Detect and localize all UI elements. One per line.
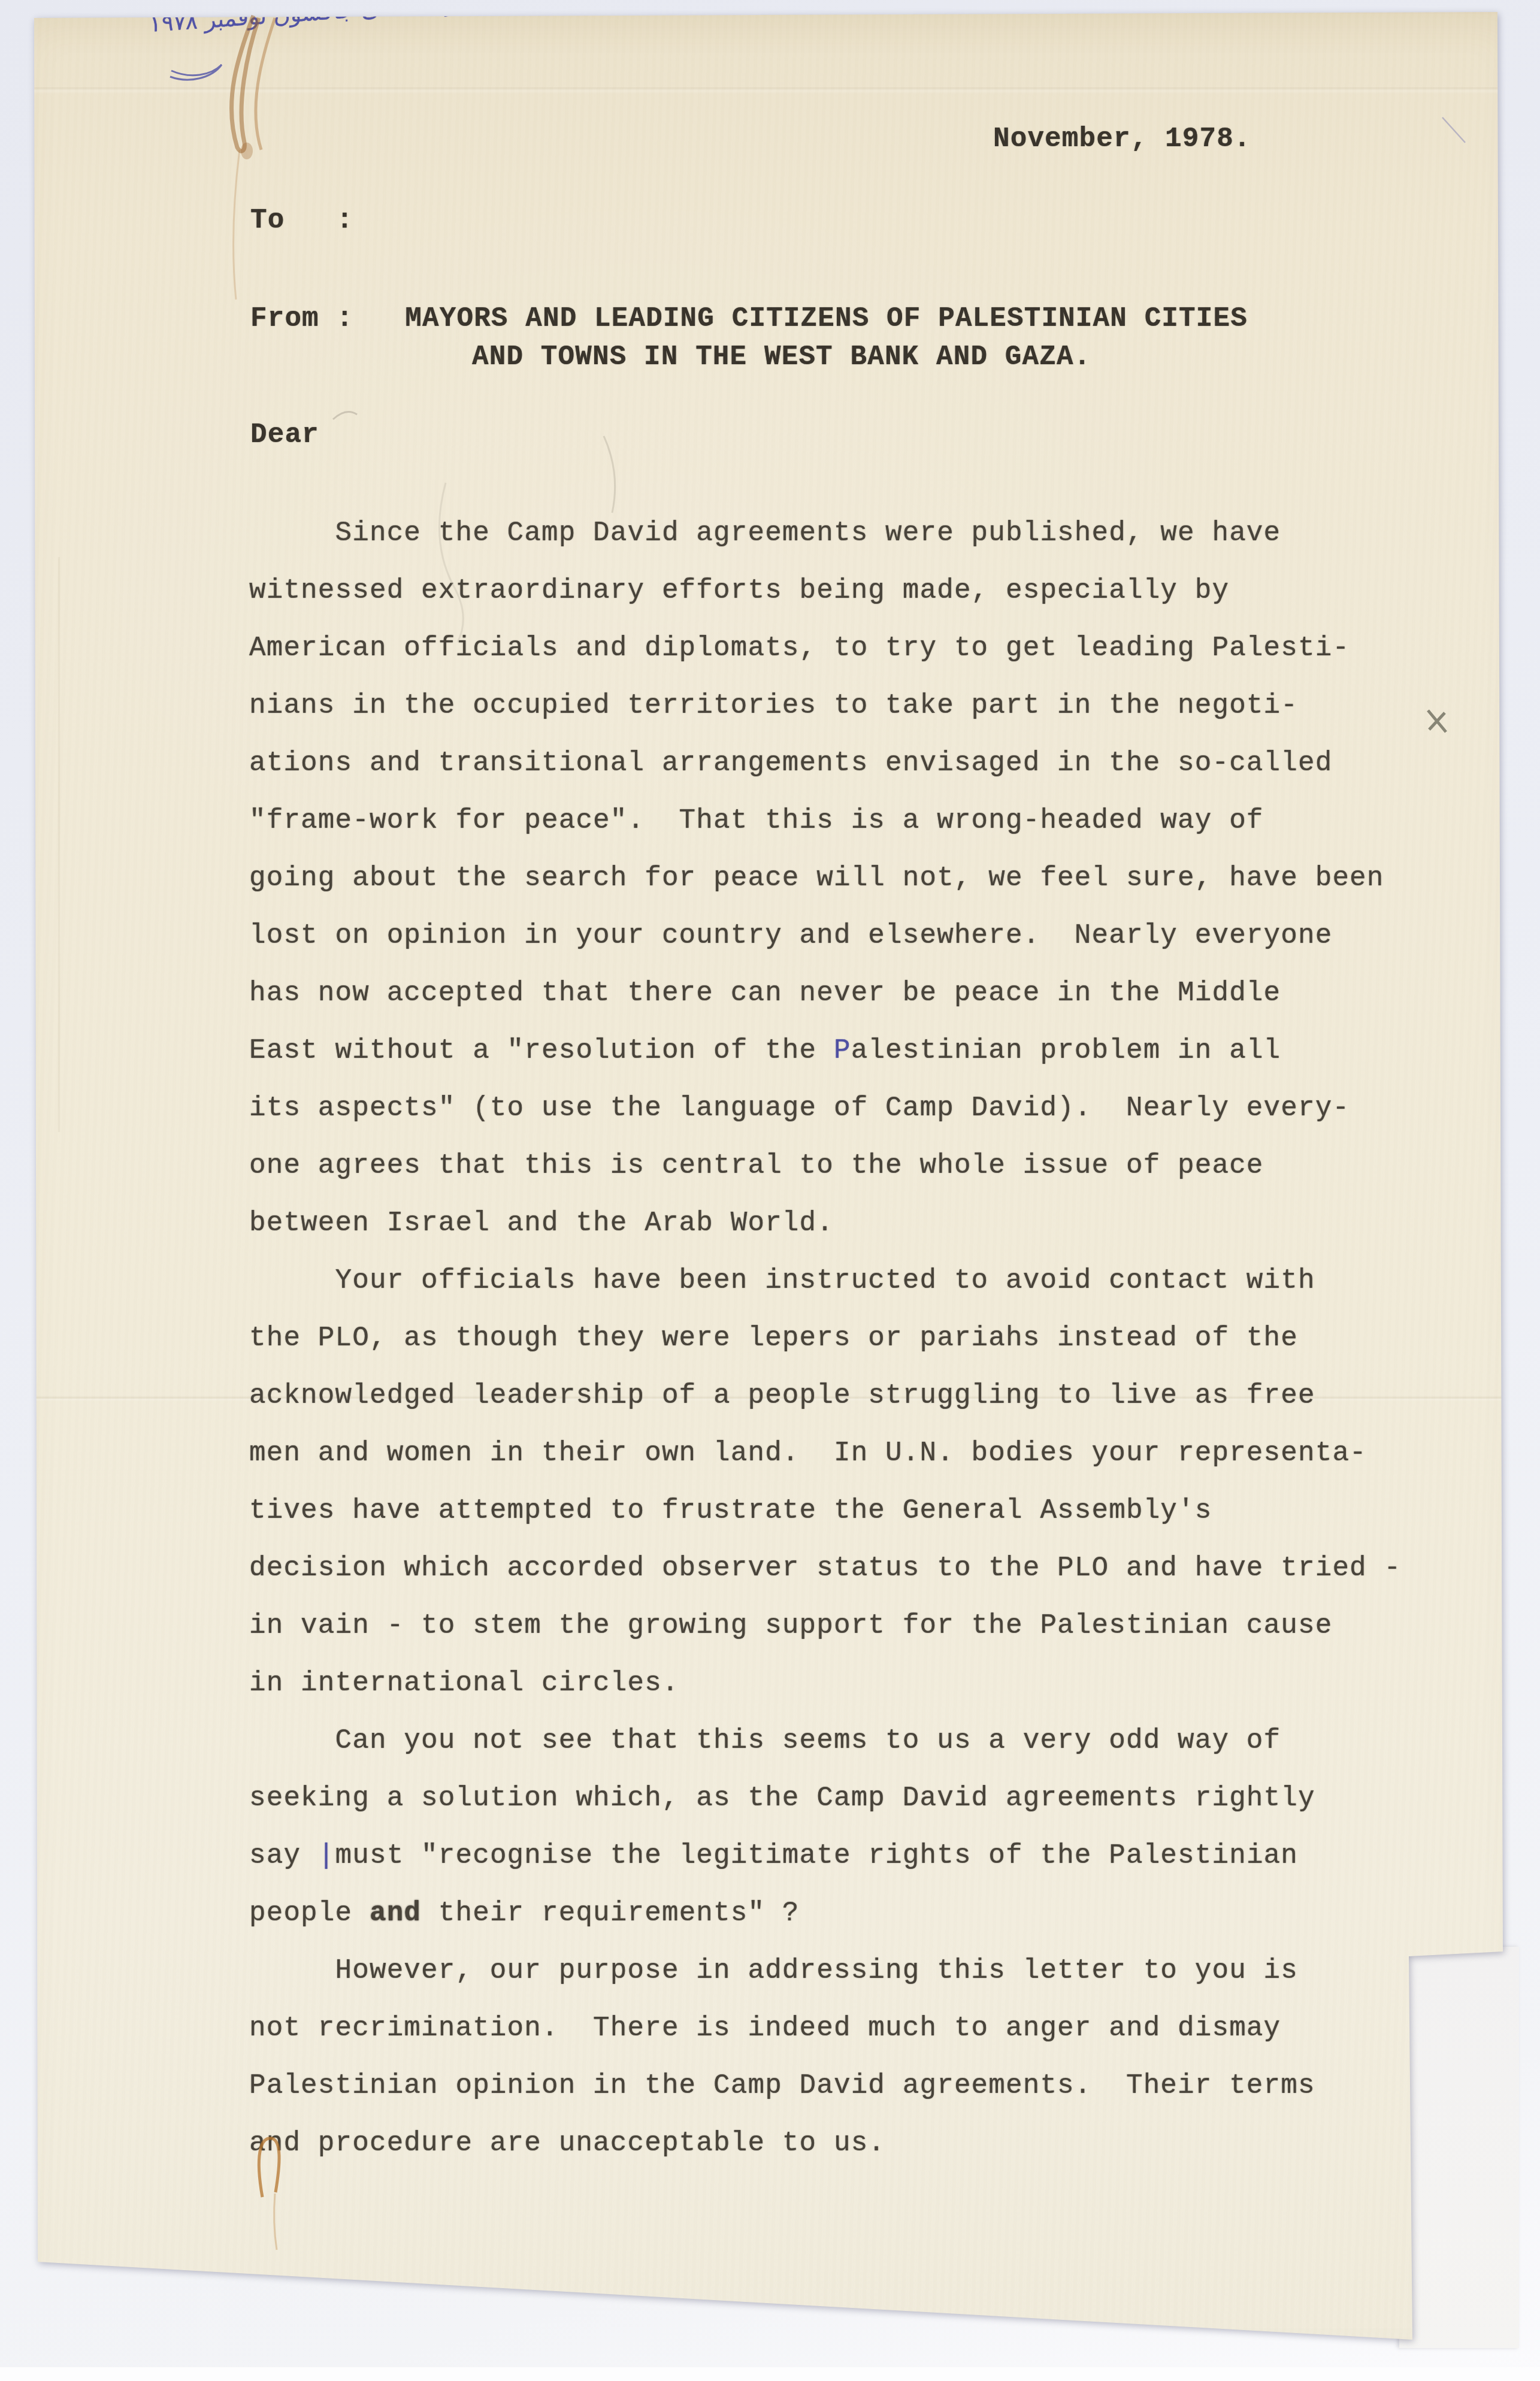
letter-line: in vain - to stem the growing support fo… (249, 1597, 1401, 1654)
date-line: November, 1978. (993, 123, 1251, 155)
letter-line: "frame-work for peace". That this is a w… (249, 792, 1401, 849)
handwritten-arabic-note: لهم جواب رساله الى جاكسون نوفمبر ١٩٧٨ (149, 0, 558, 37)
letter-line: its aspects" (to use the language of Cam… (249, 1079, 1401, 1137)
letter-line: acknowledged leadership of a people stru… (249, 1367, 1401, 1424)
letter-line: Palestinian opinion in the Camp David ag… (249, 2057, 1401, 2114)
scan-bottom-band (0, 2367, 1540, 2381)
vertical-crease (58, 557, 60, 1132)
letter-line: people and their requirements" ? (249, 1884, 1401, 1942)
letter-line: has now accepted that there can never be… (249, 964, 1401, 1022)
blue-ink-correction: P (834, 1035, 851, 1066)
letter-line: one agrees that this is central to the w… (249, 1137, 1401, 1194)
letter-line: American officials and diplomats, to try… (249, 619, 1401, 677)
letter-line: Your officials have been instructed to a… (249, 1252, 1401, 1309)
letter-line: East without a "resolution of the Palest… (249, 1022, 1401, 1079)
letter-line: going about the search for peace will no… (249, 849, 1401, 907)
from-line-1: From : MAYORS AND LEADING CITIZENS OF PA… (250, 303, 1248, 334)
to-label: To : (250, 205, 353, 236)
scanned-letter-canvas: لهم جواب رساله الى جاكسون نوفمبر ١٩٧٨ No… (0, 0, 1540, 2381)
letter-line: the PLO, as though they were lepers or p… (249, 1309, 1401, 1367)
letter-line: Since the Camp David agreements were pub… (249, 504, 1401, 562)
letter-line: in international circles. (249, 1654, 1401, 1712)
blue-ink-correction: | (318, 1840, 335, 1871)
letter-line: men and women in their own land. In U.N.… (249, 1424, 1401, 1482)
letter-line: ations and transitional arrangements env… (249, 734, 1401, 792)
letter-line: not recrimination. There is indeed much … (249, 1999, 1401, 2057)
salutation: Dear (250, 419, 319, 450)
letter-line: between Israel and the Arab World. (249, 1194, 1401, 1252)
letter-line: decision which accorded observer status … (249, 1539, 1401, 1597)
paper-shadow-wrap: لهم جواب رساله الى جاكسون نوفمبر ١٩٧٨ No… (0, 0, 1540, 2381)
letter-line: Can you not see that this seems to us a … (249, 1712, 1401, 1769)
letter-line: nians in the occupied territories to tak… (249, 677, 1401, 734)
overstruck-word: and (370, 1898, 421, 1929)
letter-line: tives have attempted to frustrate the Ge… (249, 1482, 1401, 1539)
letter-line: seeking a solution which, as the Camp Da… (249, 1769, 1401, 1827)
top-crease (0, 87, 1540, 94)
letter-line: witnessed extraordinary efforts being ma… (249, 562, 1401, 619)
letter-line: say |must "recognise the legitimate righ… (249, 1827, 1401, 1884)
letter-page: لهم جواب رساله الى جاكسون نوفمبر ١٩٧٨ No… (0, 0, 1540, 2381)
letter-line: and procedure are unacceptable to us. (249, 2114, 1401, 2172)
letter-line: However, our purpose in addressing this … (249, 1942, 1401, 1999)
letter-body: Since the Camp David agreements were pub… (249, 504, 1401, 2172)
letter-line: lost on opinion in your country and else… (249, 907, 1401, 964)
from-line-2: AND TOWNS IN THE WEST BANK AND GAZA. (472, 341, 1091, 373)
